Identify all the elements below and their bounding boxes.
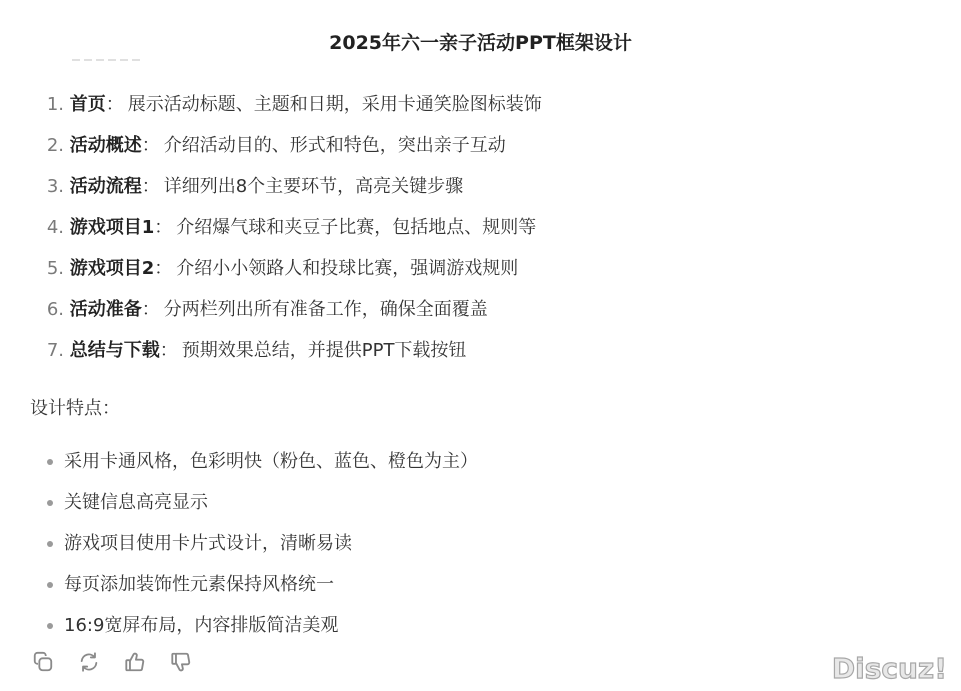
thumbs-down-icon [170,651,192,673]
discuz-watermark: Discuz! [832,652,947,685]
separator: ： [106,84,124,125]
page-title: 2025年六一亲子活动PPT框架设计 [0,28,961,55]
separator: ： [154,248,172,289]
outline-item-description: 预期效果总结，并提供PPT下载按钮 [182,330,467,371]
bullet-icon [47,541,53,547]
bullet-icon [47,623,53,629]
design-features-list: 采用卡通风格，色彩明快（粉色、蓝色、橙色为主） 关键信息高亮显示 游戏项目使用卡… [30,441,941,646]
dislike-button[interactable] [170,651,192,673]
like-button[interactable] [124,651,146,673]
feature-text: 游戏项目使用卡片式设计，清晰易读 [64,523,352,564]
design-features-heading: 设计特点： [30,391,941,427]
separator: ： [142,125,160,166]
feature-item: 游戏项目使用卡片式设计，清晰易读 [30,523,941,564]
separator: ： [154,207,172,248]
outline-item-description: 展示活动标题、主题和日期，采用卡通笑脸图标装饰 [128,84,542,125]
copy-button[interactable] [32,651,54,673]
outline-item: 7. 总结与下载：预期效果总结，并提供PPT下载按钮 [30,330,941,371]
feature-text: 16:9宽屏布局，内容排版简洁美观 [64,605,338,646]
feature-item: 16:9宽屏布局，内容排版简洁美观 [30,605,941,646]
feature-item: 关键信息高亮显示 [30,482,941,523]
outline-item-description: 介绍爆气球和夹豆子比赛，包括地点、规则等 [176,207,536,248]
outline-item: 5. 游戏项目2：介绍小小领路人和投球比赛，强调游戏规则 [30,248,941,289]
bullet-icon [47,459,53,465]
message-actions-toolbar [32,651,192,673]
outline-item-title: 活动准备 [70,289,142,330]
outline-item-description: 详细列出8个主要环节，高亮关键步骤 [164,166,463,207]
outline-item-title: 游戏项目2 [70,248,155,289]
feature-text: 每页添加装饰性元素保持风格统一 [64,564,334,605]
list-number: 4. [30,207,64,248]
outline-item-title: 活动概述 [70,125,142,166]
outline-item-description: 分两栏列出所有准备工作，确保全面覆盖 [164,289,488,330]
feature-text: 关键信息高亮显示 [64,482,208,523]
refresh-icon [78,651,100,673]
separator: ： [142,166,160,207]
feature-item: 每页添加装饰性元素保持风格统一 [30,564,941,605]
list-number: 5. [30,248,64,289]
outline-item: 1. 首页：展示活动标题、主题和日期，采用卡通笑脸图标装饰 [30,84,941,125]
list-number: 3. [30,166,64,207]
outline-item-title: 游戏项目1 [70,207,155,248]
outline-item: 4. 游戏项目1：介绍爆气球和夹豆子比赛，包括地点、规则等 [30,207,941,248]
separator: ： [142,289,160,330]
outline-item-title: 总结与下载 [70,330,160,371]
list-number: 6. [30,289,64,330]
list-number: 2. [30,125,64,166]
copy-icon [32,651,54,673]
feature-text: 采用卡通风格，色彩明快（粉色、蓝色、橙色为主） [64,441,478,482]
outline-item-title: 首页 [70,84,106,125]
thumbs-up-icon [124,651,146,673]
outline-item: 3. 活动流程：详细列出8个主要环节，高亮关键步骤 [30,166,941,207]
list-number: 1. [30,84,64,125]
outline-item-description: 介绍小小领路人和投球比赛，强调游戏规则 [176,248,518,289]
outline-item: 6. 活动准备：分两栏列出所有准备工作，确保全面覆盖 [30,289,941,330]
feature-item: 采用卡通风格，色彩明快（粉色、蓝色、橙色为主） [30,441,941,482]
faded-section-heading [72,56,164,62]
outline-item-title: 活动流程 [70,166,142,207]
outline-list: 1. 首页：展示活动标题、主题和日期，采用卡通笑脸图标装饰 2. 活动概述：介绍… [30,84,941,371]
outline-item: 2. 活动概述：介绍活动目的、形式和特色，突出亲子互动 [30,125,941,166]
separator: ： [160,330,178,371]
bullet-icon [47,500,53,506]
bullet-icon [47,582,53,588]
outline-item-description: 介绍活动目的、形式和特色，突出亲子互动 [164,125,506,166]
message-content: 1. 首页：展示活动标题、主题和日期，采用卡通笑脸图标装饰 2. 活动概述：介绍… [30,84,941,646]
regenerate-button[interactable] [78,651,100,673]
list-number: 7. [30,330,64,371]
